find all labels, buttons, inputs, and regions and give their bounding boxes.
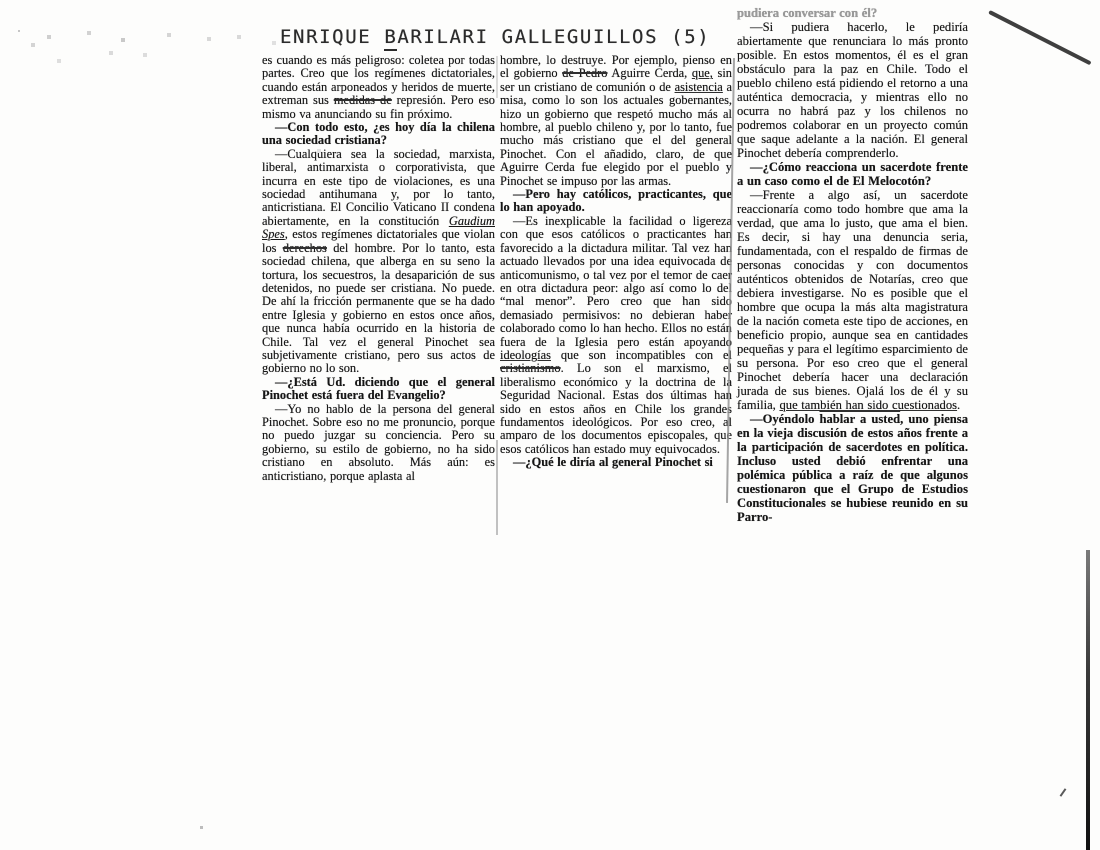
page-title-underlined-letter: B — [384, 26, 397, 51]
page-title-text: ARILARI GALLEGUILLOS (5) — [397, 26, 710, 48]
text-run: del hombre. Por lo tanto, esta sociedad … — [262, 241, 495, 376]
column-divider-rule — [496, 56, 498, 98]
text-run: . Lo son el marxismo, el liberalismo eco… — [500, 361, 732, 455]
text-run: —¿Está Ud. diciendo que el general Pinoc… — [262, 375, 495, 402]
text-run: —Pero hay católicos, practicantes, que l… — [500, 187, 732, 214]
pen-marked-text-overmark: hablar a usted — [819, 412, 900, 426]
scan-edge-line — [1086, 550, 1090, 850]
interview-paragraph: —Es inexplicable la facilidad o ligereza… — [500, 215, 732, 456]
pen-marked-text-underline: que también han sido cuestionados — [779, 398, 957, 412]
text-run: —Frente a algo así, un sacerdote reaccio… — [737, 188, 968, 412]
pen-marked-text-strike: de Pedro — [562, 66, 607, 80]
interview-question: —Oyéndolo hablar a usted, uno piensa en … — [737, 412, 968, 524]
interview-paragraph: hombre, lo destruye. Por ejemplo, pienso… — [500, 54, 732, 188]
pen-marked-text-underline: que, — [692, 66, 713, 80]
pen-marked-text-underline: asistencia — [675, 80, 723, 94]
pen-marked-text-strike: medidas de — [334, 93, 392, 107]
interview-question: —Con todo esto, ¿es hoy día la chilena u… — [262, 121, 495, 148]
interview-paragraph: —Frente a algo así, un sacerdote reaccio… — [737, 188, 968, 412]
text-run: . — [957, 398, 960, 412]
scan-tick-mark — [1060, 788, 1067, 797]
text-column-right: pudiera conversar con él?—Si pudiera hac… — [737, 6, 968, 524]
interview-paragraph: pudiera conversar con él? — [737, 6, 968, 20]
text-run: —¿Cómo reacciona un sacerdote frente a u… — [737, 160, 968, 188]
scan-scratch-line — [988, 10, 1091, 65]
text-run: —Si pudiera hacerlo, le pediría abiertam… — [737, 20, 968, 160]
text-run: que son incompatibles con el — [551, 348, 732, 362]
scan-speck — [200, 826, 203, 829]
text-column-left: es cuando es más peligroso: coletea por … — [262, 54, 495, 483]
text-run: —Con todo esto, ¿es hoy día la chilena u… — [262, 120, 495, 147]
interview-paragraph: —Yo no hablo de la persona del general P… — [262, 403, 495, 483]
page-title-text: ENRIQUE — [280, 26, 384, 48]
text-run: Aguirre Cerda, — [607, 66, 691, 80]
text-run: , uno piensa en la vieja discusión de es… — [737, 412, 968, 524]
text-run: a misa, como lo son los actuales goberna… — [500, 80, 732, 188]
text-run: —Es inexplicable la facilidad o ligereza… — [500, 214, 732, 349]
interview-question: —¿Cómo reacciona un sacerdote frente a u… — [737, 160, 968, 188]
pen-marked-text-strike: cristianismo — [500, 361, 561, 375]
column-divider-rule — [496, 440, 498, 535]
interview-question: —¿Está Ud. diciendo que el general Pinoc… — [262, 376, 495, 403]
page-title: ENRIQUE BARILARI GALLEGUILLOS (5) — [280, 26, 710, 48]
interview-question: —Pero hay católicos, practicantes, que l… — [500, 188, 732, 215]
scanned-page: ENRIQUE BARILARI GALLEGUILLOS (5) es cua… — [0, 0, 1100, 850]
text-run: —¿Qué le diría al general Pinochet si — [513, 455, 713, 469]
interview-paragraph: —Cualquiera sea la sociedad, marxista, l… — [262, 148, 495, 376]
pen-marked-text-strike: derechos — [283, 241, 327, 255]
scan-speckle-noise — [18, 30, 20, 32]
interview-paragraph: es cuando es más peligroso: coletea por … — [262, 54, 495, 121]
text-column-middle: hombre, lo destruye. Por ejemplo, pienso… — [500, 54, 732, 470]
interview-question: —¿Qué le diría al general Pinochet si — [500, 456, 732, 469]
text-run: —Oyéndolo — [750, 412, 819, 426]
interview-paragraph: —Si pudiera hacerlo, le pediría abiertam… — [737, 20, 968, 160]
pen-marked-text-underline: ideologías — [500, 348, 551, 362]
text-run: pudiera conversar con él? — [737, 6, 877, 20]
text-run: —Yo no hablo de la persona del general P… — [262, 402, 495, 483]
